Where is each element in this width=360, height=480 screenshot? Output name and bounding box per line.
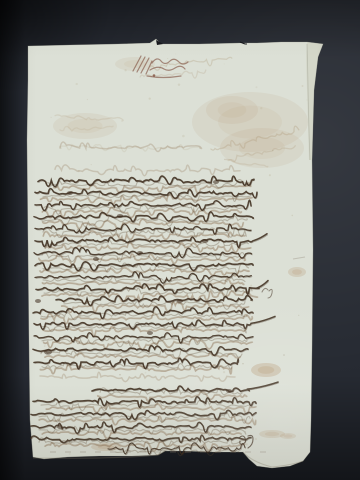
manuscript-page (0, 0, 360, 480)
manuscript-photo (0, 0, 360, 480)
paper-curl (306, 42, 323, 160)
